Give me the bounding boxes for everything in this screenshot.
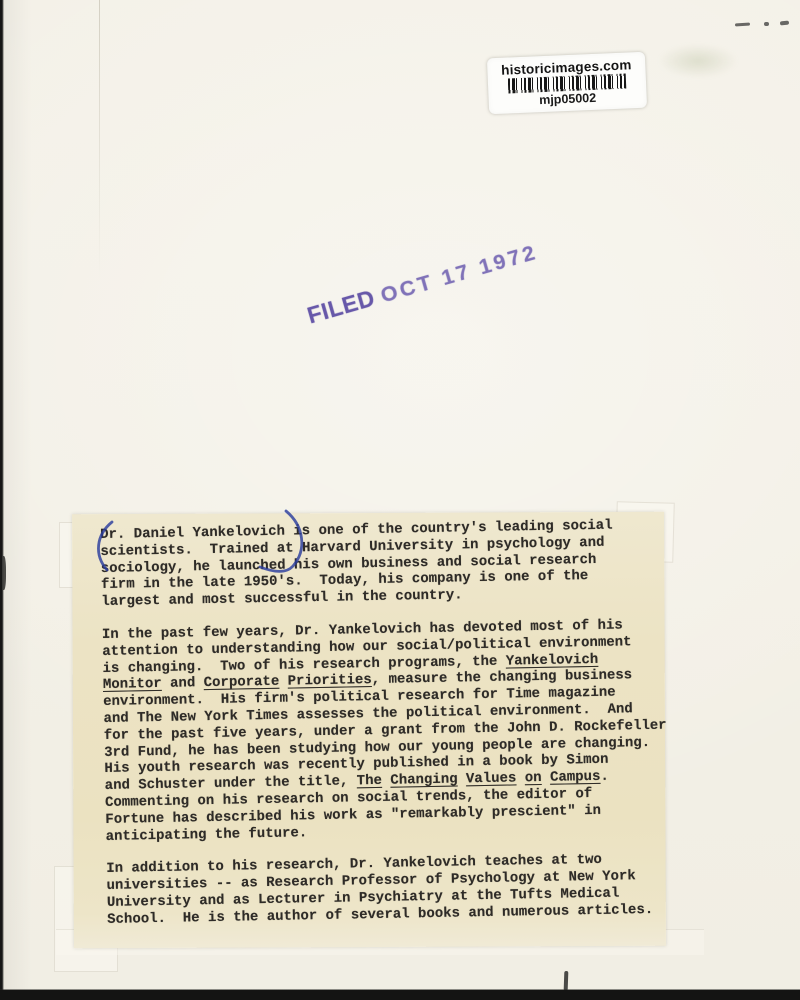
scan-edge-left [0,0,4,1000]
faint-smudge [658,44,738,78]
ink-speck [764,22,769,26]
caption-text [382,773,391,789]
caption-paragraph: Dr. Daniel Yankelovich is one of the cou… [100,516,681,611]
caption-underlined-text: Campus [550,769,601,786]
stamp-filed-word: FILED [304,285,377,329]
caption-underlined-text: Priorities [288,672,372,690]
caption-underlined-text: The [357,773,383,789]
barcode-sticker: historicimages.com mjp05002 [487,52,647,115]
caption-text [279,674,288,690]
typed-caption-text: Dr. Daniel Yankelovich is one of the cou… [100,516,688,944]
caption-text: and [162,676,204,693]
caption-paragraph: In the past few years, Dr. Yankelovich h… [102,616,686,845]
caption-underlined-text: Corporate [204,674,280,691]
caption-underlined-text: Values [466,771,517,788]
caption-text: anticipating the future. [106,825,308,845]
caption-underlined-text: Monitor [103,676,162,693]
caption-paragraph: In addition to his research, Dr. Yankelo… [106,851,687,929]
stamp-date: OCT 17 1972 [378,240,540,308]
ink-speck [780,21,789,26]
paper-crease [99,0,100,280]
caption-underlined-text: Yankelovich [506,651,599,669]
sticker-code-label: mjp05002 [539,91,597,107]
caption-underlined-text: Changing [390,772,458,789]
scan-edge-bottom [0,989,800,1000]
ink-speck [735,22,750,26]
photo-back-scan: historicimages.com mjp05002 FILEDOCT 17 … [0,0,800,1000]
filed-date-stamp: FILEDOCT 17 1972 [304,238,540,330]
caption-underlined-text: on [525,770,542,786]
caption-text: . [600,769,609,785]
